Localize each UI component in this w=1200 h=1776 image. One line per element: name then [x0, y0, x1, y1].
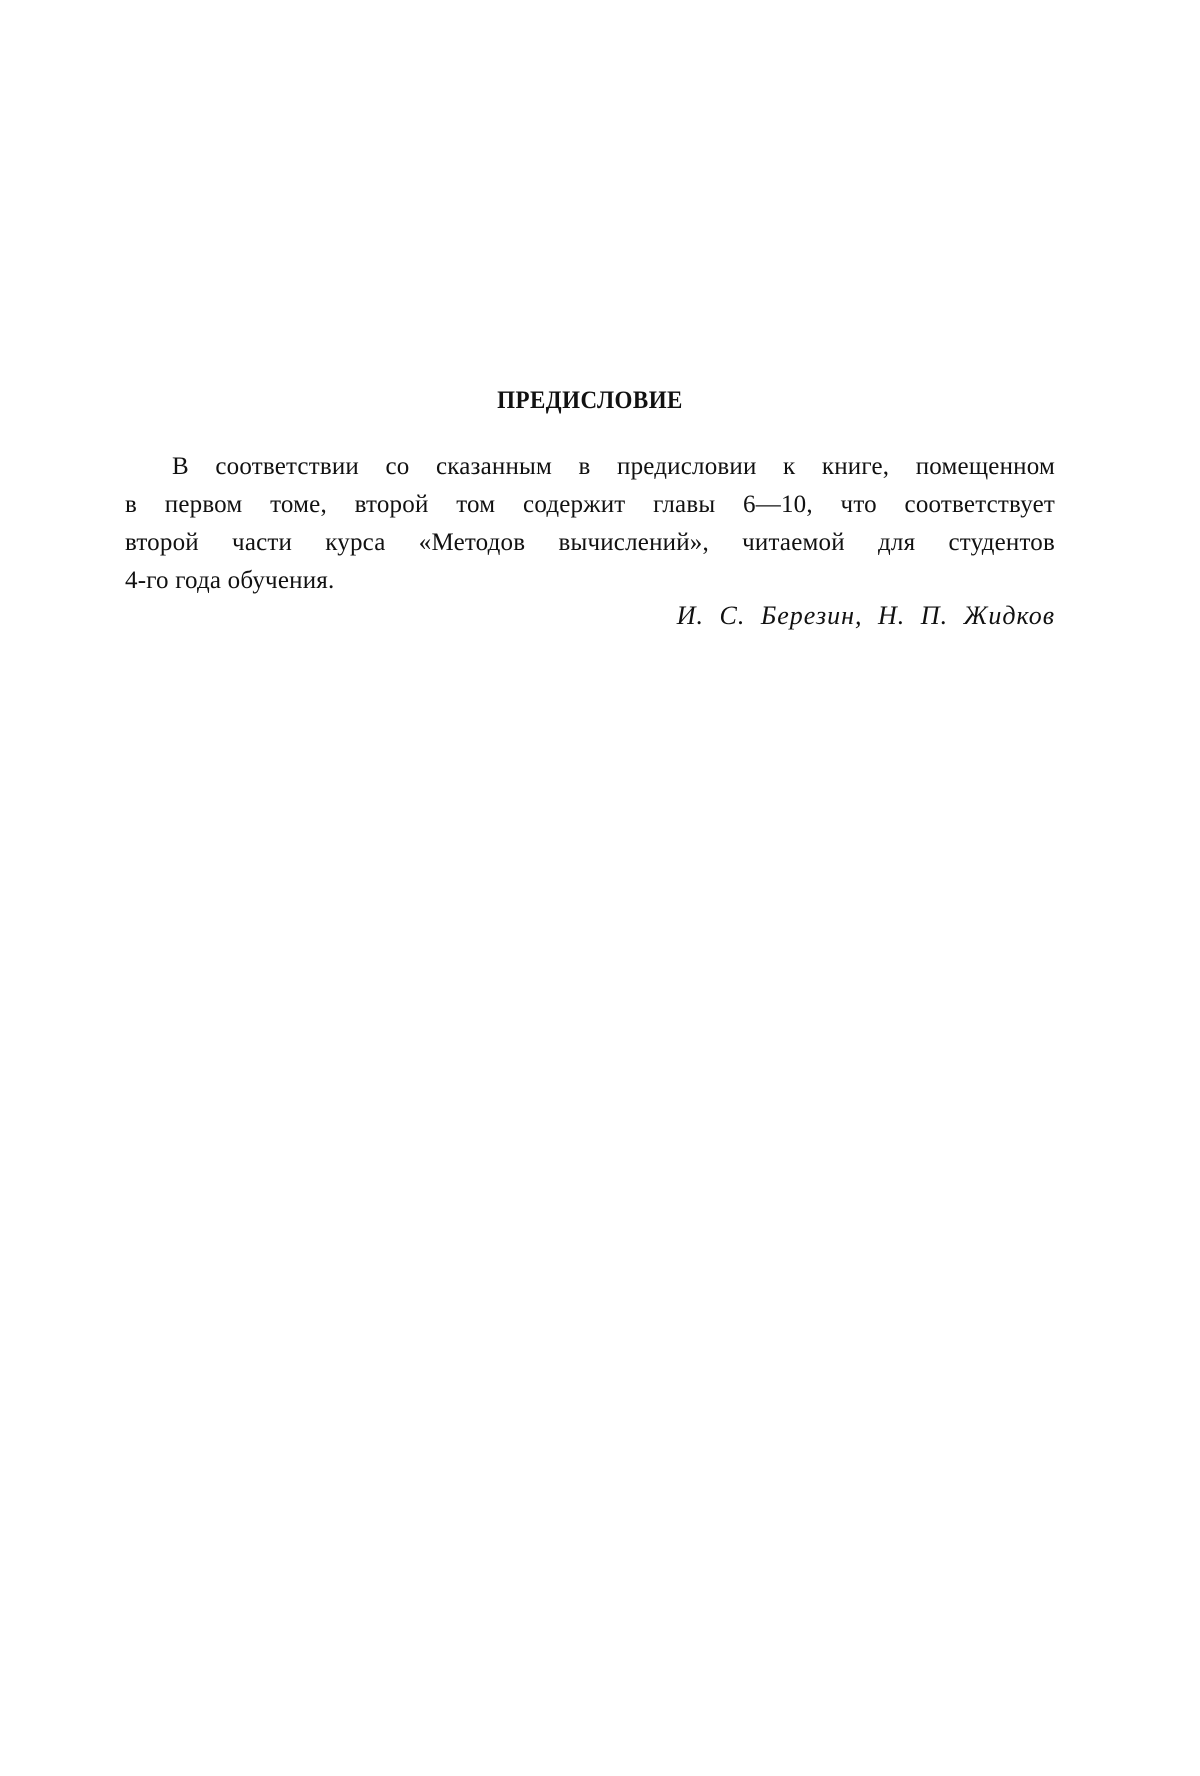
paragraph-line: 4-го года обучения. [125, 562, 1055, 600]
page-title: ПРЕДИСЛОВИЕ [162, 386, 1018, 416]
document-page: ПРЕДИСЛОВИЕ В соответствии со сказанным … [0, 0, 1200, 1776]
preface-paragraph: В соответствии со сказанным в предислови… [125, 448, 1055, 600]
paragraph-line: в первом томе, второй том содержит главы… [125, 486, 1055, 524]
paragraph-line: второй части курса «Методов вычислений»,… [125, 524, 1055, 562]
author-signature: И. С. Березин, Н. П. Жидков [125, 597, 1055, 635]
paragraph-line: В соответствии со сказанным в предислови… [125, 448, 1055, 486]
